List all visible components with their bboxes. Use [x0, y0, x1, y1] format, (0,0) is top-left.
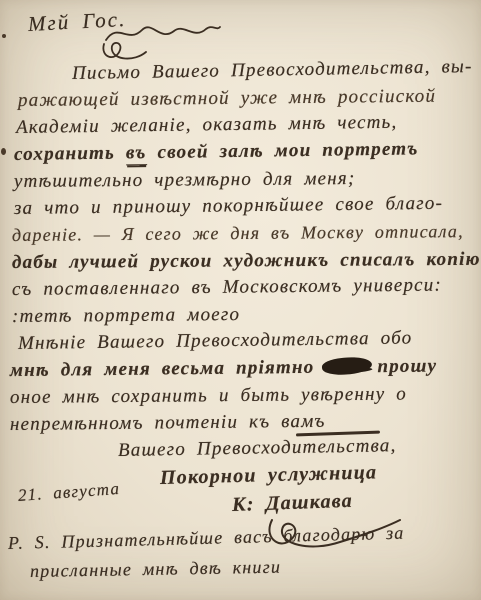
- salutation-flourish: [98, 38, 150, 64]
- closing-line: Вашего Превосходительства,: [118, 435, 397, 462]
- body-line: дабы лучшей рускои художникъ списалъ коп…: [12, 249, 481, 274]
- body-line: съ поставленнаго въ Московскомъ универси…: [12, 274, 442, 301]
- paper-speck: [1, 148, 6, 155]
- body-line: Академіи желаніе, оказать мнѣ честь,: [16, 112, 398, 139]
- date-note: 21. августа: [17, 479, 120, 506]
- body-line-part: прошу: [377, 356, 437, 378]
- body-line: ражающей извѣстной уже мнѣ россіиской: [18, 86, 436, 112]
- body-line: сохранить въ своей залѣ мои портретъ: [14, 138, 419, 166]
- body-line: мнѣ для меня весьма пріятнопрошу: [10, 356, 437, 383]
- body-line: дареніе. — Я сего же дня въ Москву отпис…: [12, 221, 464, 246]
- paper-speck: [2, 34, 6, 38]
- body-line: непремѣнномъ почтеніи къ вамъ: [10, 411, 326, 436]
- body-line: Мнѣніе Вашего Превосходительства обо: [18, 327, 413, 355]
- closing-line: Покорнои услужница: [160, 461, 378, 490]
- body-line: оное мнѣ сохранить и быть увѣренну о: [10, 384, 407, 409]
- body-line-part: своей залѣ мои портретъ: [157, 138, 418, 163]
- letter-page: { "page": { "paper_color": "#ece3d1", "i…: [0, 0, 481, 600]
- ink-blot: [322, 355, 373, 377]
- body-line: :тетѣ портрета моего: [12, 304, 240, 328]
- body-line-part: сохранить: [14, 143, 115, 165]
- body-line-part: мнѣ для меня весьма пріятно: [10, 357, 315, 381]
- postscript-line: присланные мнѣ двѣ книги: [30, 557, 281, 582]
- underlined-word: въ: [126, 142, 147, 165]
- body-line: за что и приношу покорнѣйшее свое благо-: [14, 193, 443, 220]
- manuscript-scan: Мгй Гос. Письмо Вашего Превосходительств…: [0, 0, 481, 600]
- body-line: утѣшительно чрезмѣрно для меня;: [14, 168, 356, 193]
